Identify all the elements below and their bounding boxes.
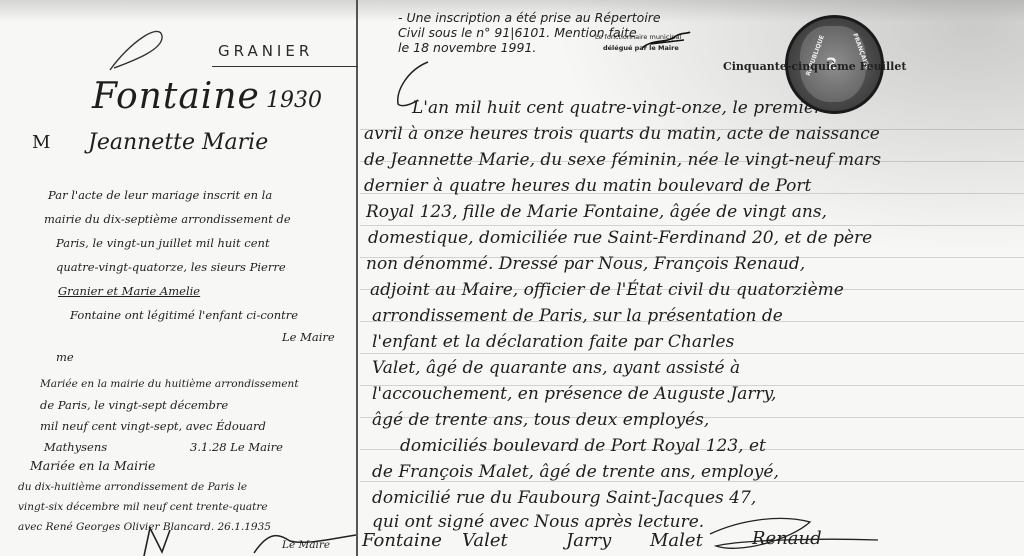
note-line: du dix-huitième arrondissement de Paris … [18,477,247,497]
body-line: domiciliés boulevard de Port Royal 123, … [400,436,766,456]
body-line: adjoint au Maire, officier de l'État civ… [370,280,844,300]
body-line: âgé de trente ans, tous deux employés, [372,410,709,430]
body-line: domicilié rue du Faubourg Saint-Jacques … [372,488,756,508]
note-line: vingt-six décembre mil neuf cent trente-… [18,497,268,517]
margin-year: 1930 [266,88,322,113]
note-line: quatre-vingt-quatorze, les sieurs Pierre [56,256,286,279]
body-line: l'accouchement, en présence de Auguste J… [372,384,776,404]
note-line: mil neuf cent vingt-sept, avec Édouard [40,416,266,437]
margin-surname-reference: GRANIER [218,42,313,60]
official-signature-icon [640,30,692,52]
note-line: mairie du dix-septième arrondissement de [44,208,291,231]
note-line: Mathysens [44,437,107,458]
ruled-line [360,353,1024,354]
body-line: qui ont signé avec Nous après lecture. [372,512,704,532]
note-line: me [56,346,74,369]
body-line: de François Malet, âgé de trente ans, em… [372,462,779,482]
margin-given-names: Jeannette Marie [88,130,268,155]
note-line: Mariée en la mairie du huitième arrondis… [40,374,299,395]
body-line: domestique, domiciliée rue Saint-Ferdina… [368,228,872,248]
underline [212,66,358,67]
signature: Valet [462,530,508,551]
signature: Fontaine [362,530,442,551]
note-line: Paris, le vingt-un juillet mil huit cent [56,232,270,255]
note-signoff: Le Maire [282,326,335,349]
body-line: L'an mil huit cent quatre-vingt-onze, le… [412,98,822,118]
note-line: Fontaine ont légitimé l'enfant ci-contre [70,304,298,327]
body-line: non dénommé. Dressé par Nous, François R… [366,254,805,274]
signature-mark-icon [140,524,180,556]
signature-mark-icon [250,525,360,556]
body-line: de Jeannette Marie, du sexe féminin, née… [364,150,881,170]
folio-label: Cinquante-cinquième Feuillet [723,60,906,73]
body-line: Valet, âgé de quarante ans, ayant assist… [372,358,740,378]
signature-flourish-icon [700,510,880,556]
signature: Malet [650,530,703,551]
birth-record-page: GRANIER M Fontaine 1930 Jeannette Marie … [0,0,1024,556]
note-line: Mariée en la Mairie [30,456,155,476]
signature: Jarry [566,530,611,551]
body-line: dernier à quatre heures du matin bouleva… [364,176,811,196]
inscription-line: - Une inscription a été prise au Réperto… [398,10,661,25]
body-line: Royal 123, fille de Marie Fontaine, âgée… [366,202,827,222]
ruled-line [360,225,1024,226]
note-line: Par l'acte de leur mariage inscrit en la [48,184,272,207]
margin-surname: Fontaine [92,76,260,117]
body-line: avril à onze heures trois quarts du mati… [364,124,880,144]
margin-divider [356,0,358,556]
body-line: l'enfant et la déclaration faite par Cha… [372,332,734,352]
note-line: Granier et Marie Amelie [58,280,200,303]
note-line: de Paris, le vingt-sept décembre [40,395,228,416]
note-date: 3.1.28 Le Maire [190,437,283,458]
body-line: arrondissement de Paris, sur la présenta… [372,306,783,326]
margin-mark: M [32,132,50,153]
flourish-icon [100,22,170,72]
